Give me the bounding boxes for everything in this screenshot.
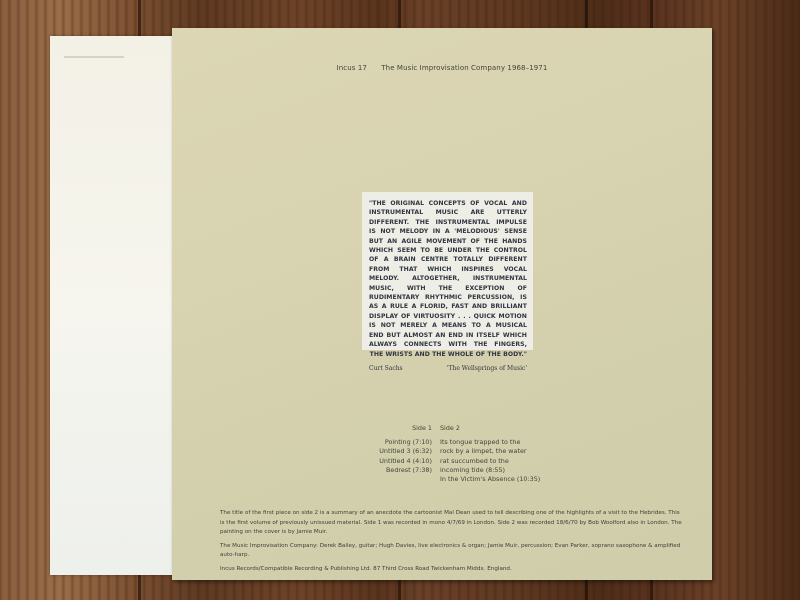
quote-attribution: Curt Sachs 'The Wellsprings of Music'	[369, 365, 527, 372]
quote-line: MUSIC, WITH THE EXCEPTION OF	[369, 284, 527, 293]
quote-line: ALWAYS CONNECTS WITH THE FINGERS,	[369, 340, 527, 349]
inner-sleeve	[50, 36, 174, 575]
side-2-column: Side 2 Its tongue trapped to the rock by…	[440, 424, 540, 484]
sleeve-crease	[64, 56, 124, 58]
track: Bedrest (7:38)	[379, 466, 432, 475]
quote-line: RUDIMENTARY RHYTHMIC PERCUSSION, IS	[369, 293, 527, 302]
side-2-label: Side 2	[440, 424, 540, 432]
quote-text: "THE ORIGINAL CONCEPTS OF VOCAL ANDINSTR…	[369, 199, 527, 359]
notes-personnel: The Music Improvisation Company: Derek B…	[220, 542, 682, 561]
track: Untitled 4 (4:10)	[379, 457, 432, 466]
track: Pointing (7:10)	[379, 438, 432, 447]
quote-line: DIFFERENT. THE INSTRUMENTAL IMPULSE	[369, 218, 527, 227]
quote-line: DISPLAY OF VIRTUOSITY . . . QUICK MOTION	[369, 312, 527, 321]
track: rock by a limpet, the water	[440, 447, 540, 456]
record-jacket-back: Incus 17 The Music Improvisation Company…	[172, 28, 712, 580]
notes-recording-info: The title of the first piece on side 2 i…	[220, 509, 682, 538]
album-title: The Music Improvisation Company 1968–197…	[381, 64, 547, 72]
catalog-number: Incus 17	[337, 64, 367, 72]
quote-line: OF A BRAIN CENTRE TOTALLY DIFFERENT	[369, 255, 527, 264]
side-1-label: Side 1	[379, 424, 432, 432]
quote-line: IS NOT MELODY IN A 'MELODIOUS' SENSE	[369, 227, 527, 236]
quote-line: INSTRUMENTAL MUSIC ARE UTTERLY	[369, 208, 527, 217]
quote-box: "THE ORIGINAL CONCEPTS OF VOCAL ANDINSTR…	[362, 192, 533, 350]
track: rat succumbed to the	[440, 457, 540, 466]
quote-author: Curt Sachs	[369, 365, 403, 372]
quote-line: AS A RULE A FLORID, FAST AND BRILLIANT	[369, 302, 527, 311]
album-header: Incus 17 The Music Improvisation Company…	[172, 64, 712, 72]
side-1-column: Side 1 Pointing (7:10) Untitled 3 (6:32)…	[379, 424, 432, 475]
quote-line: MELODY. ALTOGETHER, INSTRUMENTAL	[369, 274, 527, 283]
quote-line: BUT AN AGILE MOVEMENT OF THE HANDS	[369, 237, 527, 246]
liner-notes: The title of the first piece on side 2 i…	[220, 509, 682, 579]
track: Its tongue trapped to the	[440, 438, 540, 447]
quote-source: 'The Wellsprings of Music'	[447, 365, 527, 372]
track: Untitled 3 (6:32)	[379, 447, 432, 456]
quote-line: THE WRISTS AND THE WHOLE OF THE BODY."	[369, 350, 527, 359]
track: incoming tide (8:55)	[440, 466, 540, 475]
quote-line: "THE ORIGINAL CONCEPTS OF VOCAL AND	[369, 199, 527, 208]
quote-line: WHICH SEEM TO BE UNDER THE CONTROL	[369, 246, 527, 255]
track: In the Victim's Absence (10:35)	[440, 475, 540, 484]
quote-line: IS NOT MERELY A MEANS TO A MUSICAL	[369, 321, 527, 330]
quote-line: END BUT ALMOST AN END IN ITSELF WHICH	[369, 331, 527, 340]
quote-line: FROM THAT WHICH INSPIRES VOCAL	[369, 265, 527, 274]
notes-label-address: Incus Records/Compatible Recording & Pub…	[220, 565, 682, 575]
